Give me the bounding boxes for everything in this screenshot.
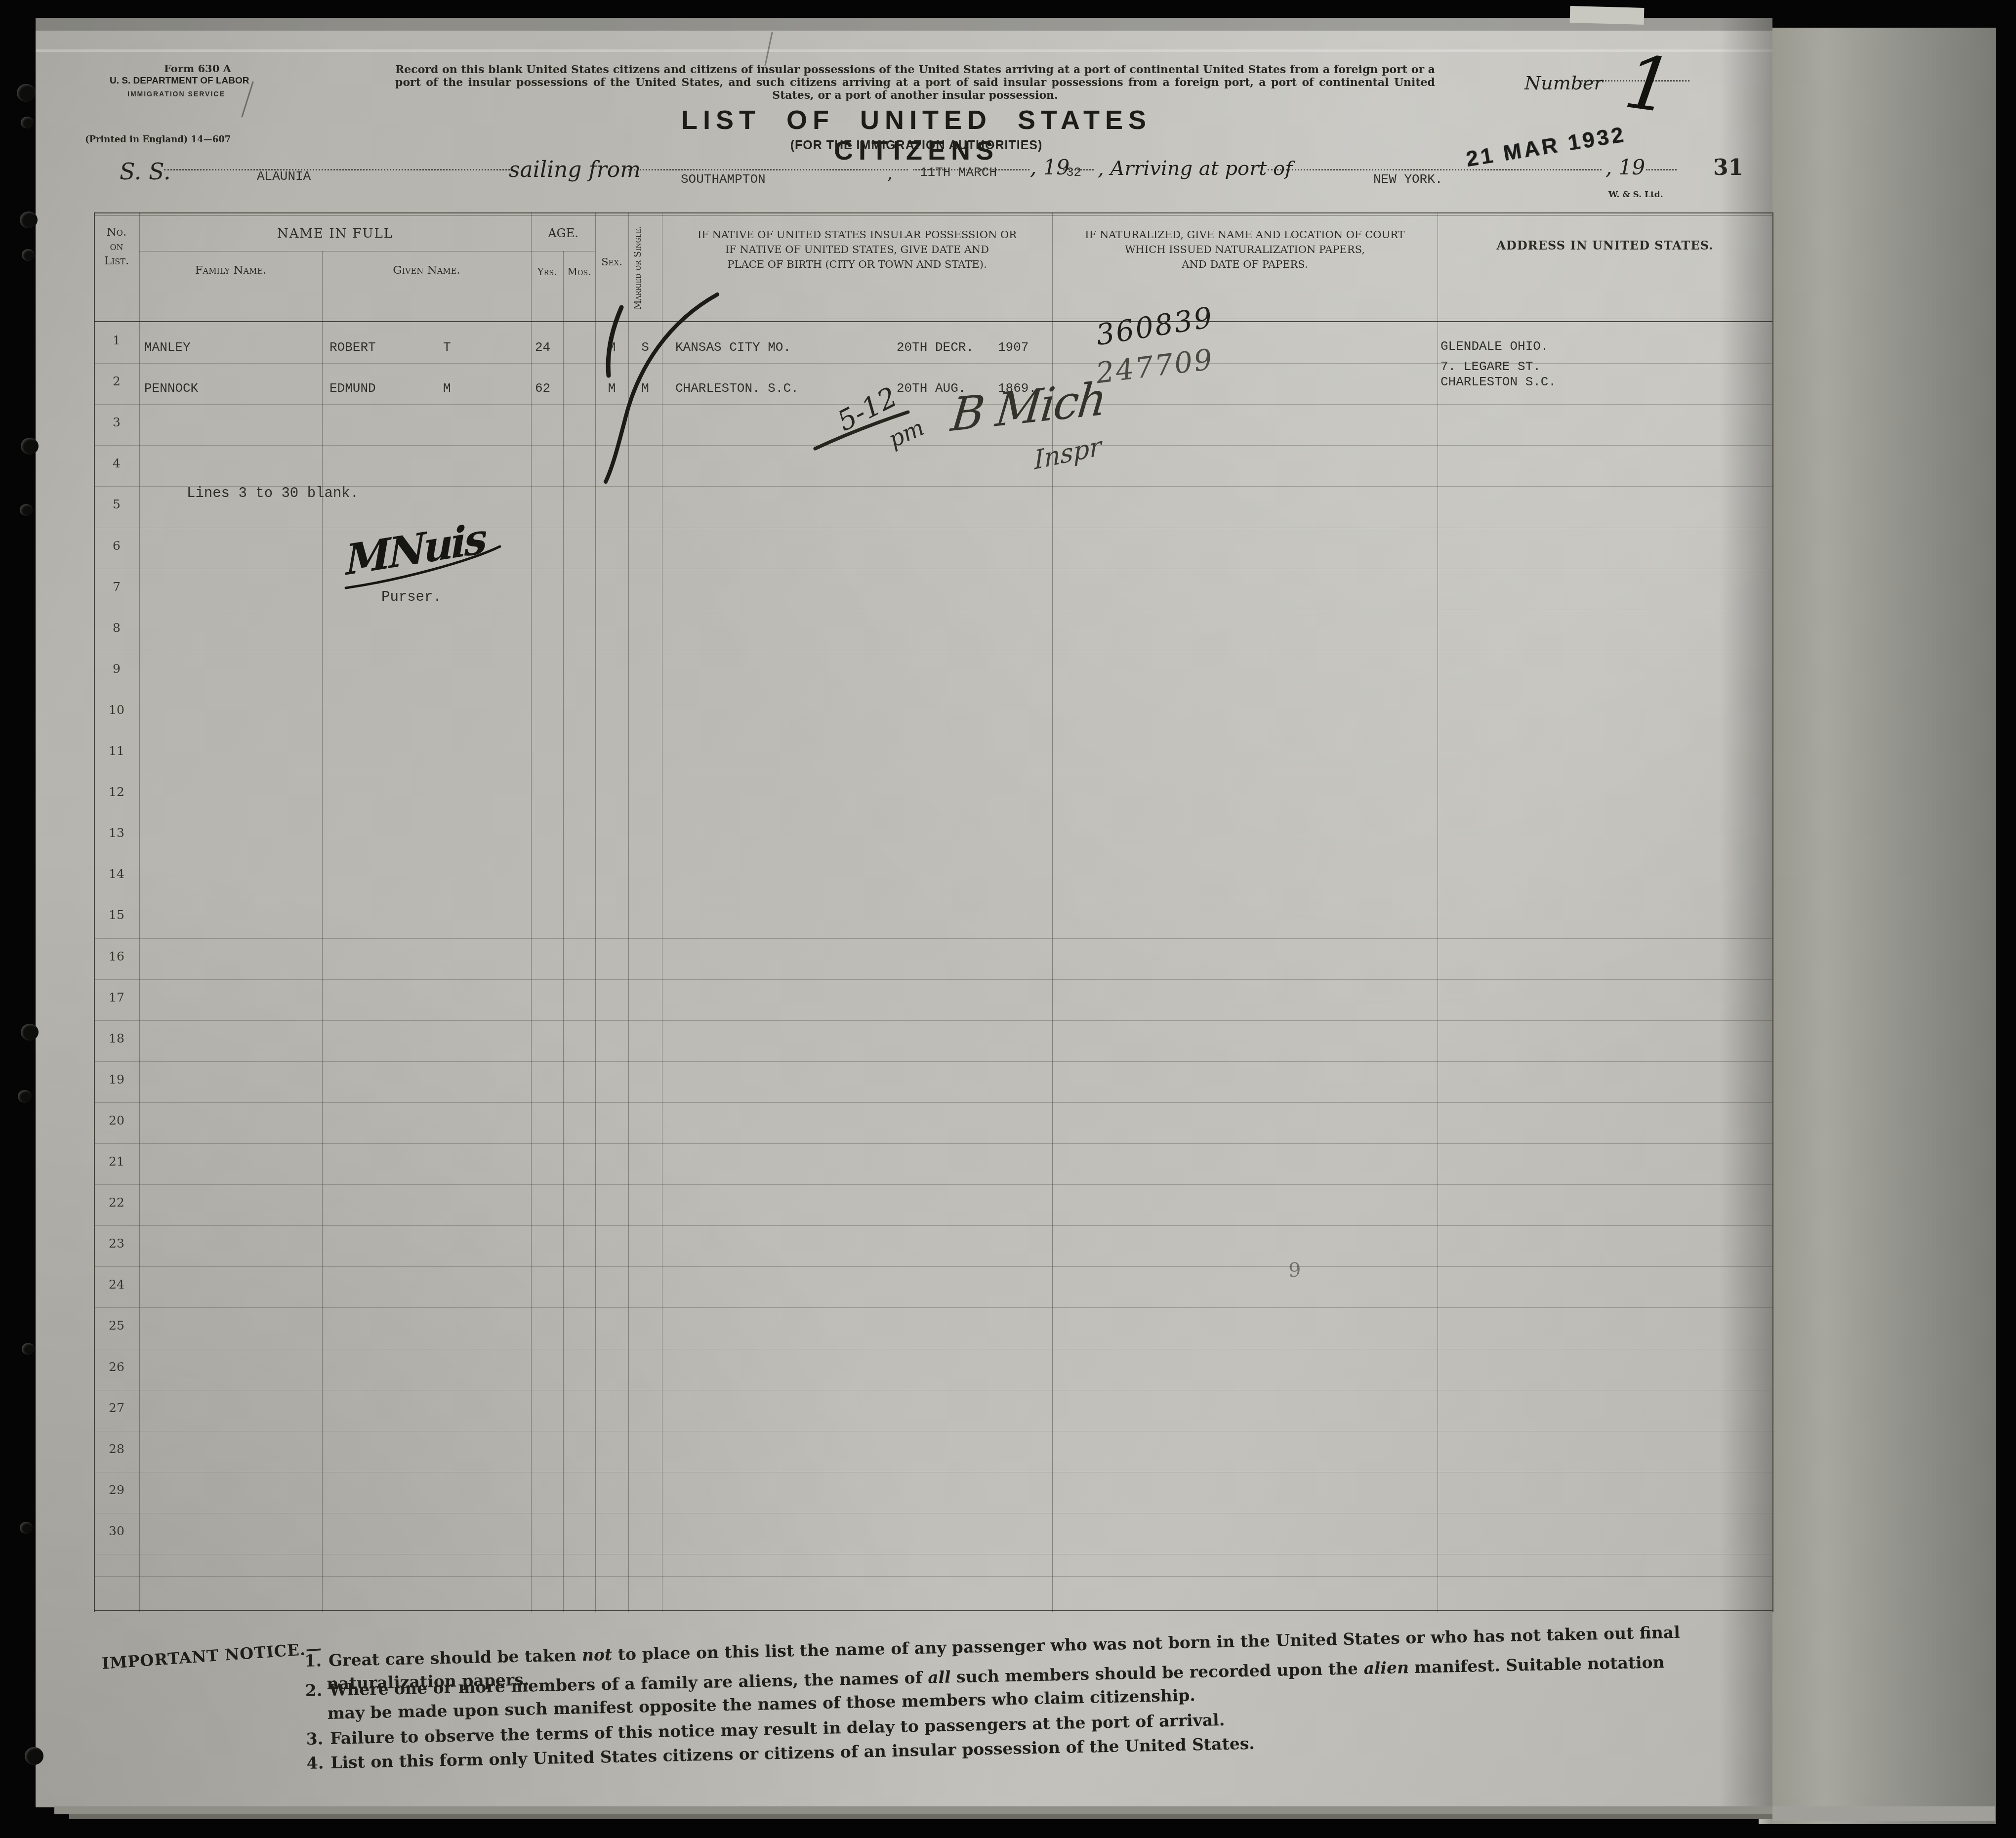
notice-item-number: 3. <box>306 1729 323 1749</box>
ship-name-leader <box>164 169 510 170</box>
row-number: 1 <box>94 333 139 347</box>
col-header-yrs: Yrs. <box>531 266 563 278</box>
arrival-port-leader <box>1268 169 1602 170</box>
cell-age-yrs: 24 <box>535 340 550 355</box>
grid-line <box>94 1102 1772 1103</box>
grid-line <box>628 212 629 1612</box>
cell-address: 7. LEGARE ST. CHARLESTON S.C. <box>1440 359 1556 390</box>
cell-family-name: MANLEY <box>144 340 191 355</box>
row-number: 11 <box>94 744 139 758</box>
punch-hole <box>20 504 33 516</box>
grid-line <box>94 1610 1772 1611</box>
notice-item-number: 1. <box>304 1651 322 1671</box>
cell-middle-initial: M <box>443 381 451 396</box>
row-number: 6 <box>94 539 139 553</box>
grid-line <box>94 1184 1772 1185</box>
grid-line <box>94 1607 1772 1607</box>
notice-emphasis: all <box>928 1668 951 1687</box>
row-number: 10 <box>94 703 139 717</box>
row-number: 14 <box>94 867 139 881</box>
col-header-naturalized: IF NATURALIZED, GIVE NAME AND LOCATION O… <box>1052 227 1438 272</box>
grid-line <box>563 251 564 1612</box>
purser-label: Purser. <box>381 589 442 605</box>
row-number: 3 <box>94 415 139 429</box>
grid-line <box>94 1431 1772 1431</box>
passenger-table: No. on List. NAME IN FULL Family Name. G… <box>94 212 1772 1612</box>
row-number: 15 <box>94 908 139 922</box>
grid-line <box>94 1143 1772 1144</box>
grid-line <box>139 212 140 1612</box>
row-number: 21 <box>94 1154 139 1169</box>
grid-line <box>94 1554 1772 1554</box>
cell-sex: M <box>595 340 628 355</box>
grid-line <box>94 528 1772 528</box>
row-number: 2 <box>94 374 139 388</box>
comma-separator: , <box>887 163 893 183</box>
ss-label: S. S. <box>120 158 171 185</box>
row-number: 29 <box>94 1483 139 1497</box>
notice-item-number: 4. <box>306 1753 324 1773</box>
col-header-family-name: Family Name. <box>139 264 322 277</box>
row-number: 30 <box>94 1524 139 1538</box>
cell-married-or-single: M <box>628 381 662 396</box>
col-header-given-name: Given Name. <box>322 264 531 277</box>
scan-top-highlight <box>36 49 1772 52</box>
grid-line <box>531 212 532 1612</box>
grid-line <box>94 404 1772 405</box>
year-prefix: , 19 <box>1030 155 1070 179</box>
grid-line <box>94 1307 1772 1308</box>
form-instruction: Record on this blank United States citiz… <box>395 63 1435 102</box>
grid-line <box>322 251 323 1612</box>
row-number: 27 <box>94 1401 139 1415</box>
grid-line <box>94 1472 1772 1472</box>
row-number: 16 <box>94 949 139 963</box>
row-number: 18 <box>94 1031 139 1045</box>
scanned-manifest-page: Form 630 A U. S. DEPARTMENT OF LABOR IMM… <box>0 0 2016 1838</box>
row-number: 13 <box>94 826 139 840</box>
grid-line <box>94 215 1772 216</box>
row-number: 17 <box>94 990 139 1004</box>
grid-line <box>94 212 1772 213</box>
grid-line <box>1772 212 1773 1612</box>
grid-line <box>94 1020 1772 1021</box>
cell-middle-initial: T <box>443 340 451 355</box>
grid-line <box>94 733 1772 733</box>
punch-hole <box>25 1747 43 1765</box>
arriving-at-port-label: , Arriving at port of <box>1098 157 1292 180</box>
notice-emphasis: alien <box>1363 1658 1409 1678</box>
cell-birth-date: 20TH DECR. <box>897 340 974 355</box>
cell-family-name: PENNOCK <box>144 381 198 396</box>
grid-line <box>94 445 1772 446</box>
grid-line <box>94 651 1772 651</box>
number-label: Number <box>1524 72 1603 94</box>
row-number: 19 <box>94 1072 139 1086</box>
punch-hole <box>17 84 36 102</box>
printer-mark: W. & S. Ltd. <box>1608 190 1663 200</box>
row-number: 12 <box>94 785 139 799</box>
cell-birth-place: KANSAS CITY MO. <box>675 340 791 355</box>
form-number: Form 630 A <box>148 62 247 75</box>
scan-top-shadow <box>36 18 1772 31</box>
notice-text: Great care should be taken <box>328 1645 582 1670</box>
grid-line <box>94 774 1772 774</box>
sailing-from-label: sailing from <box>509 157 641 182</box>
arrival-year-prefix: , 19 <box>1605 155 1645 179</box>
grid-line <box>94 1225 1772 1226</box>
cell-married-or-single: S <box>628 340 662 355</box>
grid-line <box>94 938 1772 939</box>
departure-port-leader <box>628 169 908 170</box>
grid-line <box>94 815 1772 815</box>
cell-given-name: EDMUND <box>329 381 376 396</box>
row-number: 7 <box>94 580 139 594</box>
row-number: 20 <box>94 1113 139 1128</box>
stray-pencil-digit: 9 <box>1288 1259 1301 1282</box>
service-name: IMMIGRATION SERVICE <box>127 90 225 98</box>
arrival-year-leader <box>1646 169 1677 170</box>
sailing-date-value: 11TH MARCH <box>920 165 997 180</box>
grid-line <box>94 321 1772 322</box>
row-number: 9 <box>94 662 139 676</box>
notice-emphasis: not <box>582 1645 613 1665</box>
punch-hole <box>18 1090 32 1103</box>
col-header-no-on-list: No. on List. <box>94 225 139 268</box>
cell-birth-year: 1907 <box>998 340 1029 355</box>
page-stack-edge <box>1759 28 1996 1824</box>
punch-hole <box>21 1024 39 1041</box>
grid-line <box>662 212 662 1612</box>
grid-line <box>94 1061 1772 1062</box>
col-header-mos: Mos. <box>563 266 595 278</box>
department-name: U. S. DEPARTMENT OF LABOR <box>110 76 249 86</box>
cell-address: GLENDALE OHIO. <box>1440 339 1548 354</box>
page-subtitle: (FOR THE IMMIGRATION AUTHORITIES) <box>781 138 1052 153</box>
printed-in-note: (Printed in England) 14—607 <box>85 134 231 145</box>
arrival-port-value: NEW YORK. <box>1373 172 1442 187</box>
grid-line <box>139 251 595 251</box>
col-header-address: ADDRESS IN UNITED STATES. <box>1438 238 1772 252</box>
bottom-page-edge <box>54 1806 1772 1814</box>
row-number: 28 <box>94 1442 139 1456</box>
row-number: 24 <box>94 1277 139 1292</box>
cell-sex: M <box>595 381 628 396</box>
col-header-age: AGE. <box>531 226 595 240</box>
grid-line <box>94 1266 1772 1267</box>
bottom-page-edge-2 <box>69 1814 1772 1819</box>
col-header-married-or-single: Married or Single. <box>632 219 643 316</box>
sheet-page-number: 31 <box>1713 155 1743 180</box>
grid-line <box>595 212 596 1612</box>
punch-hole <box>21 438 39 455</box>
sailing-year-value: 32 <box>1066 165 1081 180</box>
page-stack-bottom-edge <box>1772 1806 1995 1821</box>
row-number: 4 <box>94 456 139 470</box>
paper-corner-sliver <box>1570 6 1645 25</box>
grid-line <box>94 1390 1772 1390</box>
row-number: 5 <box>94 497 139 511</box>
grid-line <box>94 856 1772 856</box>
cell-birth-place: CHARLESTON. S.C. <box>675 381 799 396</box>
grid-line <box>94 1513 1772 1513</box>
departure-port-value: SOUTHAMPTON <box>681 172 766 187</box>
punch-hole <box>20 1522 33 1534</box>
row-number: 25 <box>94 1318 139 1333</box>
punch-hole <box>22 1343 35 1355</box>
grid-line <box>1438 212 1438 1612</box>
row-number: 22 <box>94 1195 139 1210</box>
lines-blank-note: Lines 3 to 30 blank. <box>187 485 359 501</box>
notice-item-number: 2. <box>305 1680 322 1700</box>
row-number: 8 <box>94 621 139 635</box>
grid-line <box>94 610 1772 610</box>
punch-hole <box>20 211 38 228</box>
col-header-name-in-full: NAME IN FULL <box>139 226 531 241</box>
punch-hole <box>21 117 34 128</box>
row-number: 26 <box>94 1360 139 1374</box>
row-number: 23 <box>94 1236 139 1251</box>
grid-line <box>94 1349 1772 1349</box>
grid-line <box>94 1576 1772 1577</box>
cell-given-name: ROBERT <box>329 340 376 355</box>
cell-age-yrs: 62 <box>535 381 550 396</box>
punch-hole <box>22 249 35 261</box>
col-header-sex: Sex. <box>595 256 628 268</box>
important-notice-items: 1.Great care should be taken not to plac… <box>270 0 1751 0</box>
grid-line <box>94 979 1772 980</box>
ship-name-value: ALAUNIA <box>257 169 311 184</box>
grid-line <box>94 692 1772 692</box>
col-header-birth: IF NATIVE OF UNITED STATES INSULAR POSSE… <box>662 227 1052 272</box>
grid-line <box>94 897 1772 897</box>
grid-line <box>94 319 1772 319</box>
